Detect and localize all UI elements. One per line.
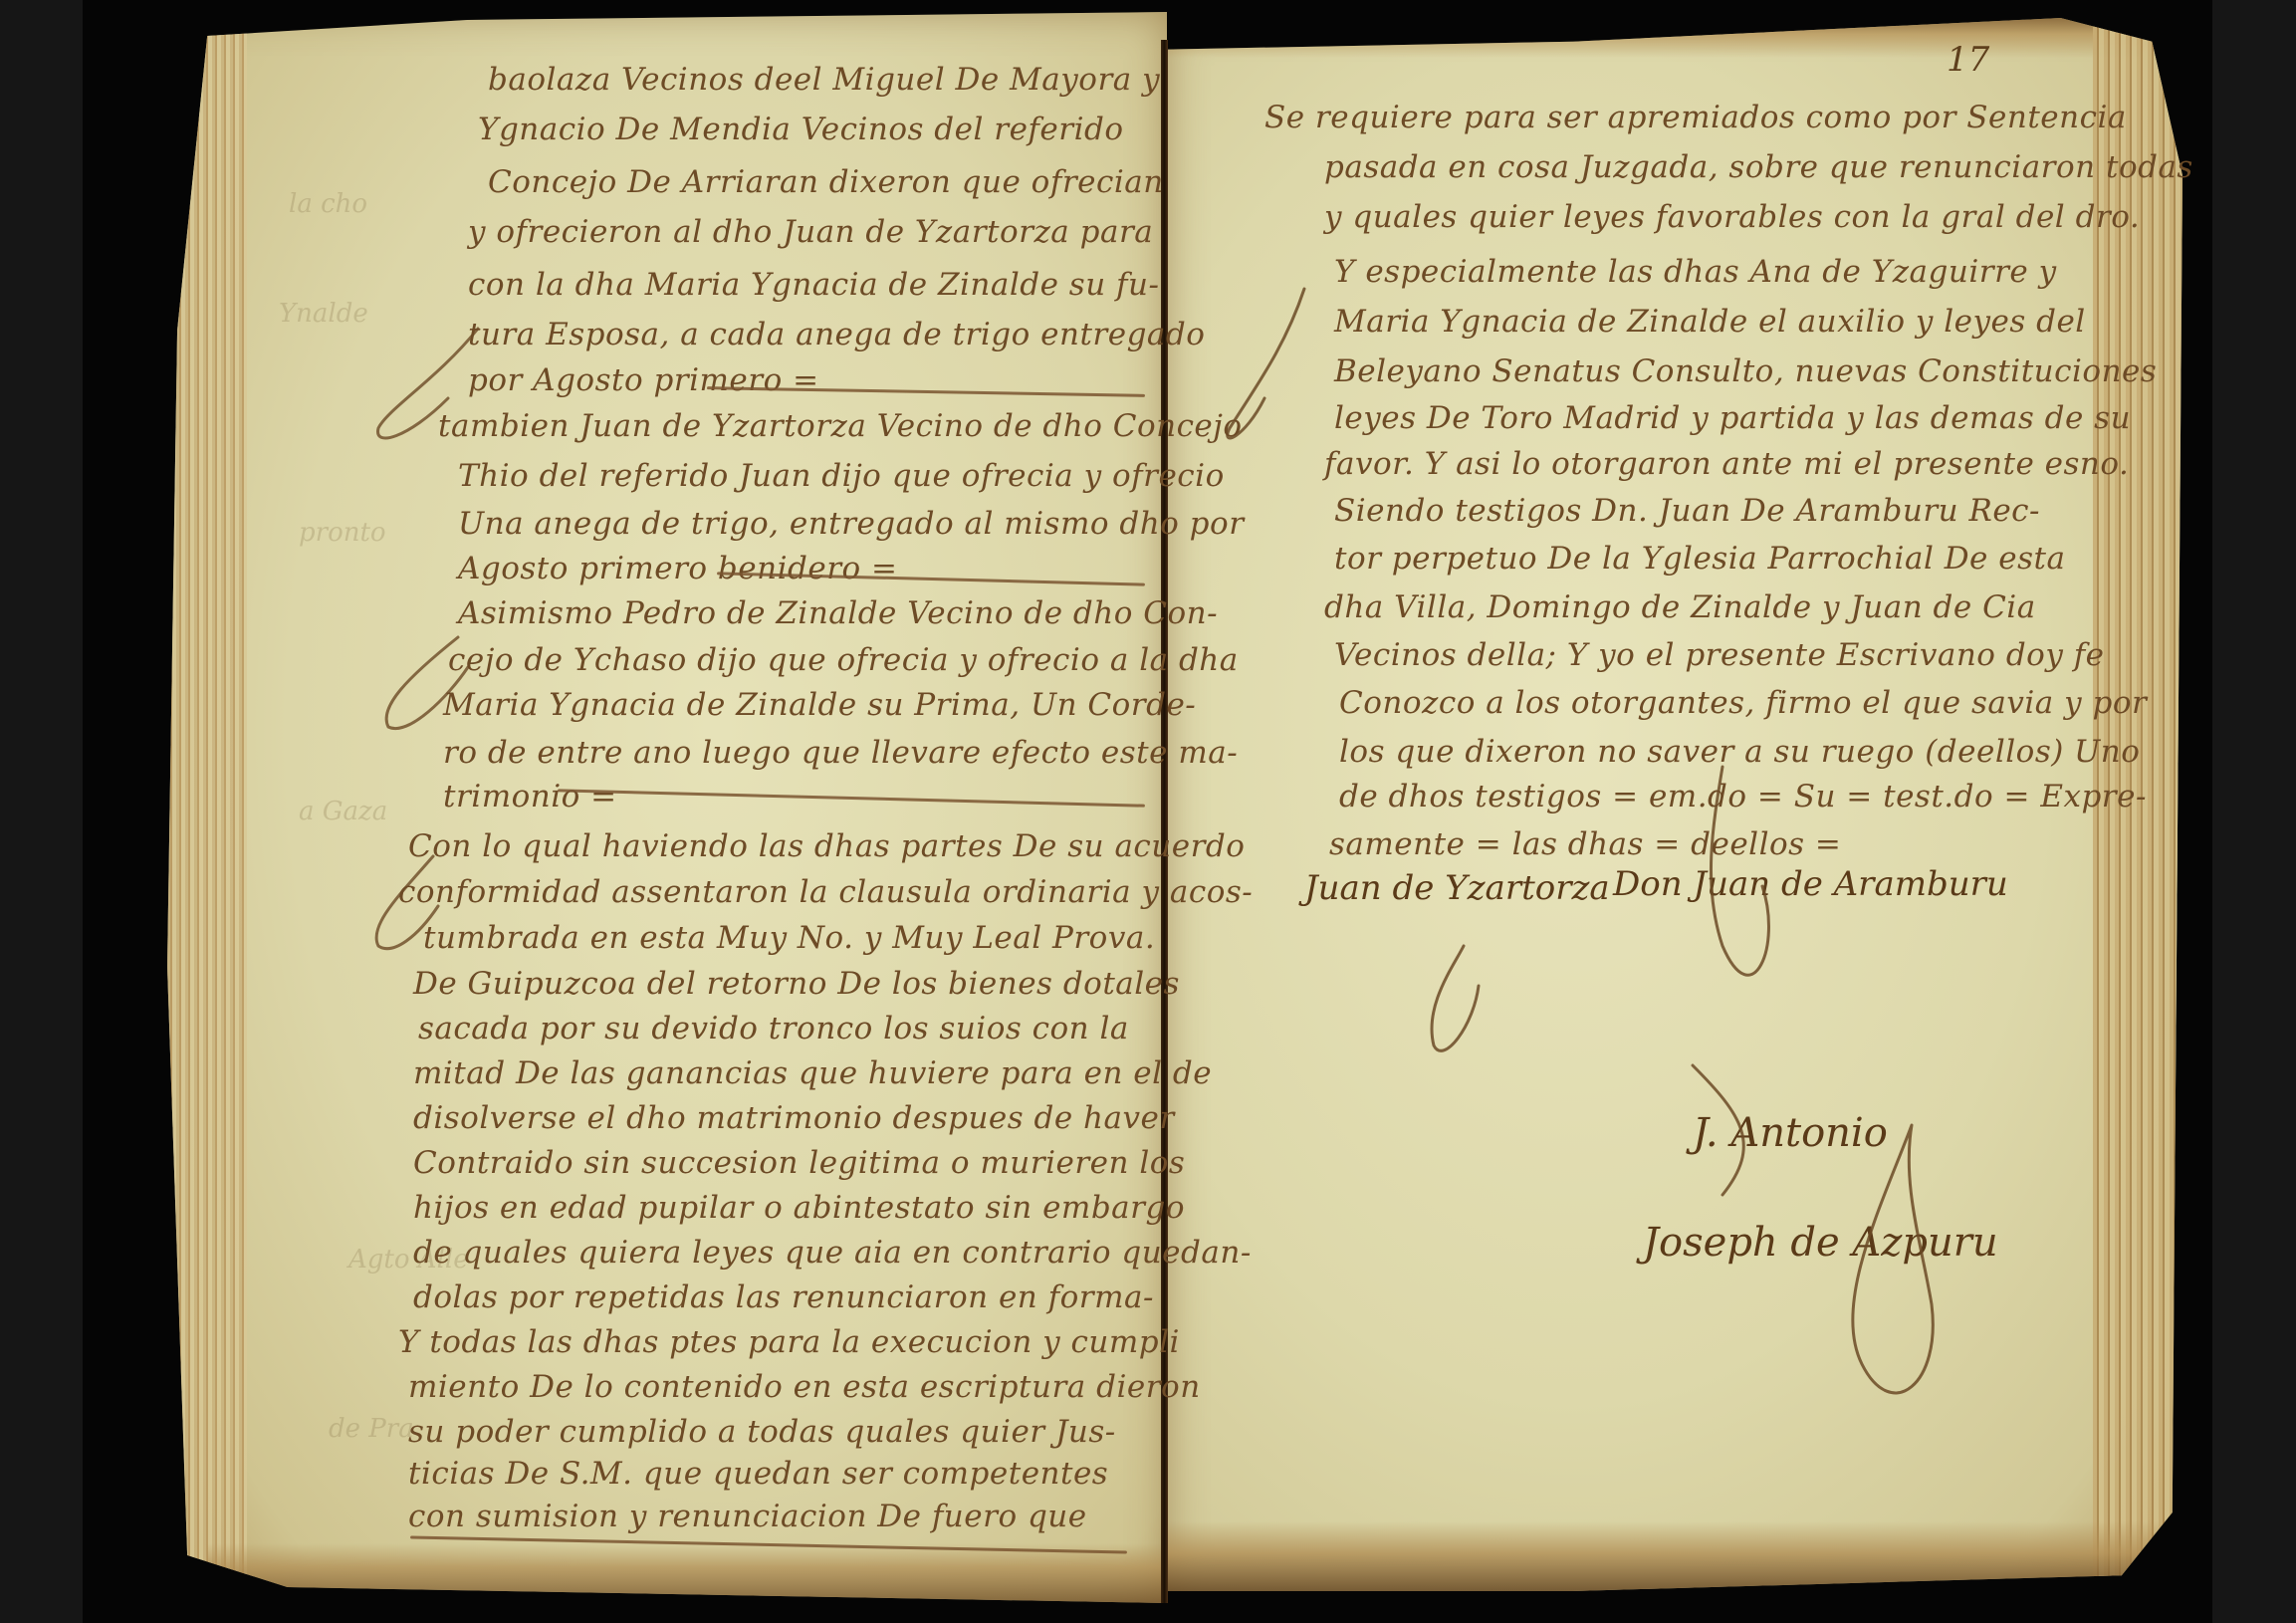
ink-flourishes-icon (1225, 70, 2220, 1563)
background-border-right (2212, 0, 2296, 1623)
background-border-left (0, 0, 83, 1623)
ink-flourishes-left-icon (339, 80, 1165, 1573)
